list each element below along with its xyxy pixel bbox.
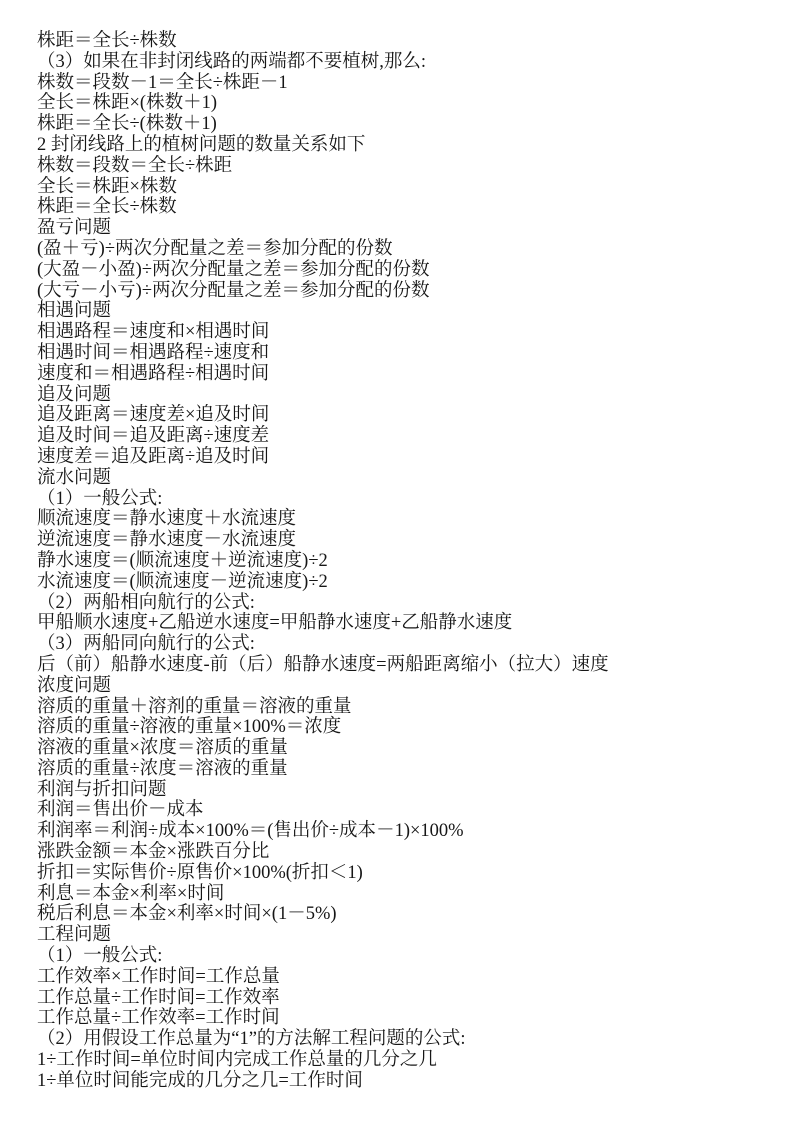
formula-line: (大盈－小盈)÷两次分配量之差＝参加分配的份数 <box>37 260 765 281</box>
formula-line: 税后利息＝本金×利率×时间×(1－5%) <box>37 904 765 925</box>
formula-line: 株数＝段数－1＝全长÷株距－1 <box>37 73 765 94</box>
formula-line: 相遇时间＝相遇路程÷速度和 <box>37 343 765 364</box>
formula-line: 利润率＝利润÷成本×100%＝(售出价÷成本－1)×100% <box>37 821 765 842</box>
formula-line: 流水问题 <box>37 468 765 489</box>
document-page: 株距＝全长÷株数（3）如果在非封闭线路的两端都不要植树,那么:株数＝段数－1＝全… <box>0 0 793 1122</box>
formula-line: 相遇问题 <box>37 301 765 322</box>
formula-line: 涨跌金额＝本金×涨跌百分比 <box>37 842 765 863</box>
formula-line: （3）如果在非封闭线路的两端都不要植树,那么: <box>37 52 765 73</box>
formula-line: 顺流速度＝静水速度＋水流速度 <box>37 509 765 530</box>
formula-line: 全长＝株距×株数 <box>37 177 765 198</box>
formula-line: 溶质的重量÷溶液的重量×100%＝浓度 <box>37 717 765 738</box>
formula-line: 逆流速度＝静水速度－水流速度 <box>37 530 765 551</box>
formula-line: 追及问题 <box>37 385 765 406</box>
formula-line: 追及距离＝速度差×追及时间 <box>37 405 765 426</box>
formula-line: 速度和＝相遇路程÷相遇时间 <box>37 364 765 385</box>
formula-line: 浓度问题 <box>37 676 765 697</box>
formula-line: 甲船顺水速度+乙船逆水速度=甲船静水速度+乙船静水速度 <box>37 613 765 634</box>
formula-line: 株距＝全长÷(株数＋1) <box>37 114 765 135</box>
formula-line: 利润与折扣问题 <box>37 780 765 801</box>
formula-line: 相遇路程＝速度和×相遇时间 <box>37 322 765 343</box>
formula-line: （1）一般公式: <box>37 489 765 510</box>
formula-line: 株数＝段数＝全长÷株距 <box>37 156 765 177</box>
formula-line: （3）两船同向航行的公式: <box>37 634 765 655</box>
formula-line: 株距＝全长÷株数 <box>37 197 765 218</box>
formula-line: 工程问题 <box>37 925 765 946</box>
formula-line: 1÷单位时间能完成的几分之几=工作时间 <box>37 1071 765 1092</box>
formula-line: 1÷工作时间=单位时间内完成工作总量的几分之几 <box>37 1050 765 1071</box>
formula-line: 溶质的重量÷浓度＝溶液的重量 <box>37 759 765 780</box>
formula-line: 利润＝售出价－成本 <box>37 800 765 821</box>
formula-text-block: 株距＝全长÷株数（3）如果在非封闭线路的两端都不要植树,那么:株数＝段数－1＝全… <box>37 31 765 1092</box>
formula-line: (大亏－小亏)÷两次分配量之差＝参加分配的份数 <box>37 281 765 302</box>
formula-line: 溶质的重量＋溶剂的重量＝溶液的重量 <box>37 697 765 718</box>
formula-line: 折扣＝实际售价÷原售价×100%(折扣＜1) <box>37 863 765 884</box>
formula-line: 全长＝株距×(株数＋1) <box>37 93 765 114</box>
formula-line: 溶液的重量×浓度＝溶质的重量 <box>37 738 765 759</box>
formula-line: 工作总量÷工作效率=工作时间 <box>37 1008 765 1029</box>
formula-line: 工作效率×工作时间=工作总量 <box>37 967 765 988</box>
formula-line: （2）用假设工作总量为“1”的方法解工程问题的公式: <box>37 1029 765 1050</box>
formula-line: 株距＝全长÷株数 <box>37 31 765 52</box>
formula-line: 后（前）船静水速度-前（后）船静水速度=两船距离缩小（拉大）速度 <box>37 655 765 676</box>
formula-line: 利息＝本金×利率×时间 <box>37 884 765 905</box>
formula-line: 静水速度＝(顺流速度＋逆流速度)÷2 <box>37 551 765 572</box>
formula-line: 2 封闭线路上的植树问题的数量关系如下 <box>37 135 765 156</box>
formula-line: 盈亏问题 <box>37 218 765 239</box>
formula-line: （1）一般公式: <box>37 946 765 967</box>
formula-line: 工作总量÷工作时间=工作效率 <box>37 988 765 1009</box>
formula-line: （2）两船相向航行的公式: <box>37 593 765 614</box>
formula-line: (盈＋亏)÷两次分配量之差＝参加分配的份数 <box>37 239 765 260</box>
formula-line: 水流速度＝(顺流速度－逆流速度)÷2 <box>37 572 765 593</box>
formula-line: 追及时间＝追及距离÷速度差 <box>37 426 765 447</box>
formula-line: 速度差＝追及距离÷追及时间 <box>37 447 765 468</box>
